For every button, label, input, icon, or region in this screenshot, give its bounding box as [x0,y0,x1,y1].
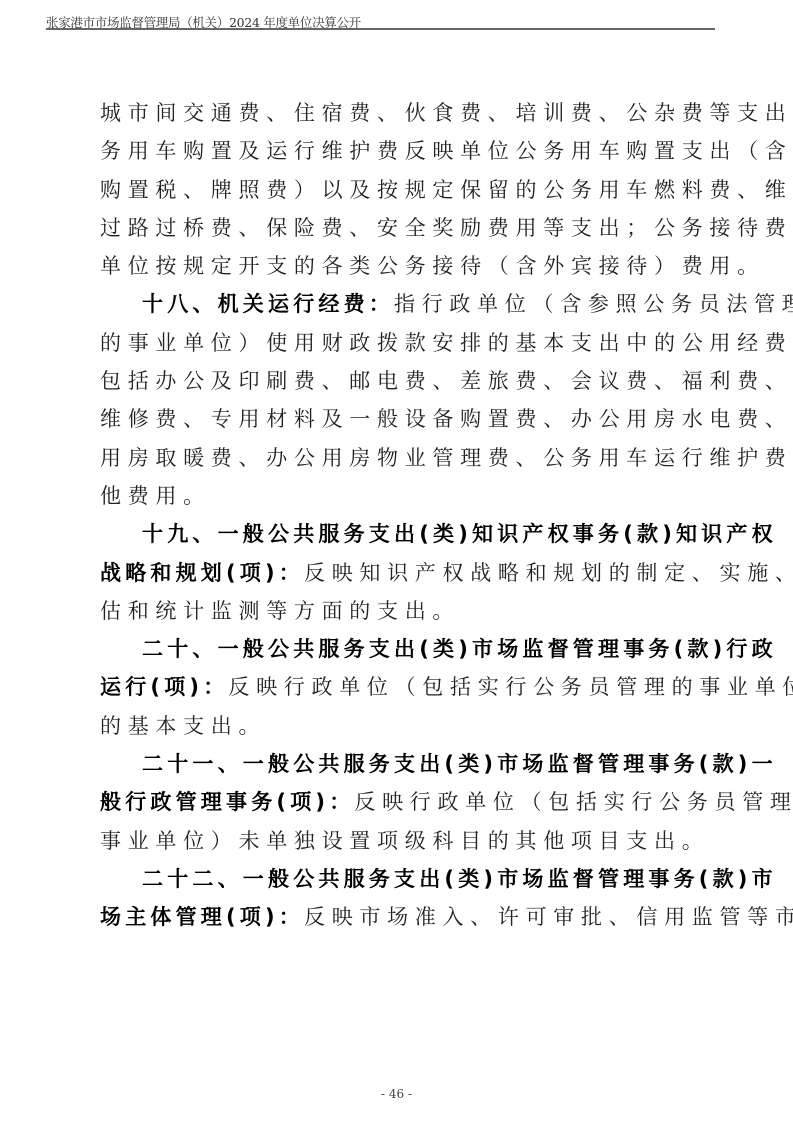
item-heading: 战略和规划(项)： [100,561,304,585]
item-heading: 场主体管理(项)： [100,905,304,929]
text-line: 单位按规定开支的各类公务接待（含外宾接待）费用。 [100,247,705,285]
text-line: 十八、机关运行经费：指行政单位（含参照公务员法管理 [100,285,705,323]
text-line: 过路过桥费、保险费、安全奖励费用等支出；公务接待费反映 [100,209,705,247]
paragraph-item-20: 二十、一般公共服务支出(类)市场监督管理事务(款)行政 运行(项)：反映行政单位… [100,630,705,745]
item-heading: 十八、机关运行经费： [142,292,394,316]
text-line: 务用车购置及运行维护费反映单位公务用车购置支出（含车辆 [100,132,705,170]
text-line: 运行(项)：反映行政单位（包括实行公务员管理的事业单位） [100,668,705,706]
text-line: 城市间交通费、住宿费、伙食费、培训费、公杂费等支出；公 [100,94,705,132]
document-body: 城市间交通费、住宿费、伙食费、培训费、公杂费等支出；公 务用车购置及运行维护费反… [100,94,705,937]
text-line: 十九、一般公共服务支出(类)知识产权事务(款)知识产权 [100,515,705,553]
item-heading: 运行(项)： [100,675,228,699]
item-heading: 二十二、一般公共服务支出(类)市场监督管理事务(款)市 [142,867,777,891]
text-line: 战略和规划(项)：反映知识产权战略和规划的制定、实施、评 [100,554,705,592]
text-line: 包括办公及印刷费、邮电费、差旅费、会议费、福利费、日常 [100,362,705,400]
item-heading: 十九、一般公共服务支出(类)知识产权事务(款)知识产权 [142,522,777,546]
paragraph-item-21: 二十一、一般公共服务支出(类)市场监督管理事务(款)一 般行政管理事务(项)：反… [100,745,705,860]
text-line: 购置税、牌照费）以及按规定保留的公务用车燃料费、维修费、 [100,171,705,209]
item-heading: 二十一、一般公共服务支出(类)市场监督管理事务(款)一 [142,752,777,776]
text-line: 维修费、专用材料及一般设备购置费、办公用房水电费、办公 [100,400,705,438]
text-line: 事业单位）未单独设置项级科目的其他项目支出。 [100,822,705,860]
paragraph-continuation: 城市间交通费、住宿费、伙食费、培训费、公杂费等支出；公 务用车购置及运行维护费反… [100,94,705,285]
text-line: 般行政管理事务(项)：反映行政单位（包括实行公务员管理的 [100,783,705,821]
text-line: 的基本支出。 [100,707,705,745]
item-heading: 二十、一般公共服务支出(类)市场监督管理事务(款)行政 [142,637,777,661]
text-line: 二十一、一般公共服务支出(类)市场监督管理事务(款)一 [100,745,705,783]
paragraph-item-19: 十九、一般公共服务支出(类)知识产权事务(款)知识产权 战略和规划(项)：反映知… [100,515,705,630]
paragraph-item-18: 十八、机关运行经费：指行政单位（含参照公务员法管理 的事业单位）使用财政拨款安排… [100,285,705,515]
paragraph-item-22: 二十二、一般公共服务支出(类)市场监督管理事务(款)市 场主体管理(项)：反映市… [100,860,705,937]
text-line: 的事业单位）使用财政拨款安排的基本支出中的公用经费支出， [100,324,705,362]
text-line: 用房取暖费、办公用房物业管理费、公务用车运行维护费及其 [100,439,705,477]
text-line: 二十二、一般公共服务支出(类)市场监督管理事务(款)市 [100,860,705,898]
page-number: - 46 - [0,1087,793,1101]
header-rule [46,28,715,30]
text-line: 场主体管理(项)：反映市场准入、许可审批、信用监管等市场 [100,898,705,936]
text-line: 二十、一般公共服务支出(类)市场监督管理事务(款)行政 [100,630,705,668]
item-heading: 般行政管理事务(项)： [100,790,354,814]
text-line: 估和统计监测等方面的支出。 [100,592,705,630]
text-line: 他费用。 [100,477,705,515]
